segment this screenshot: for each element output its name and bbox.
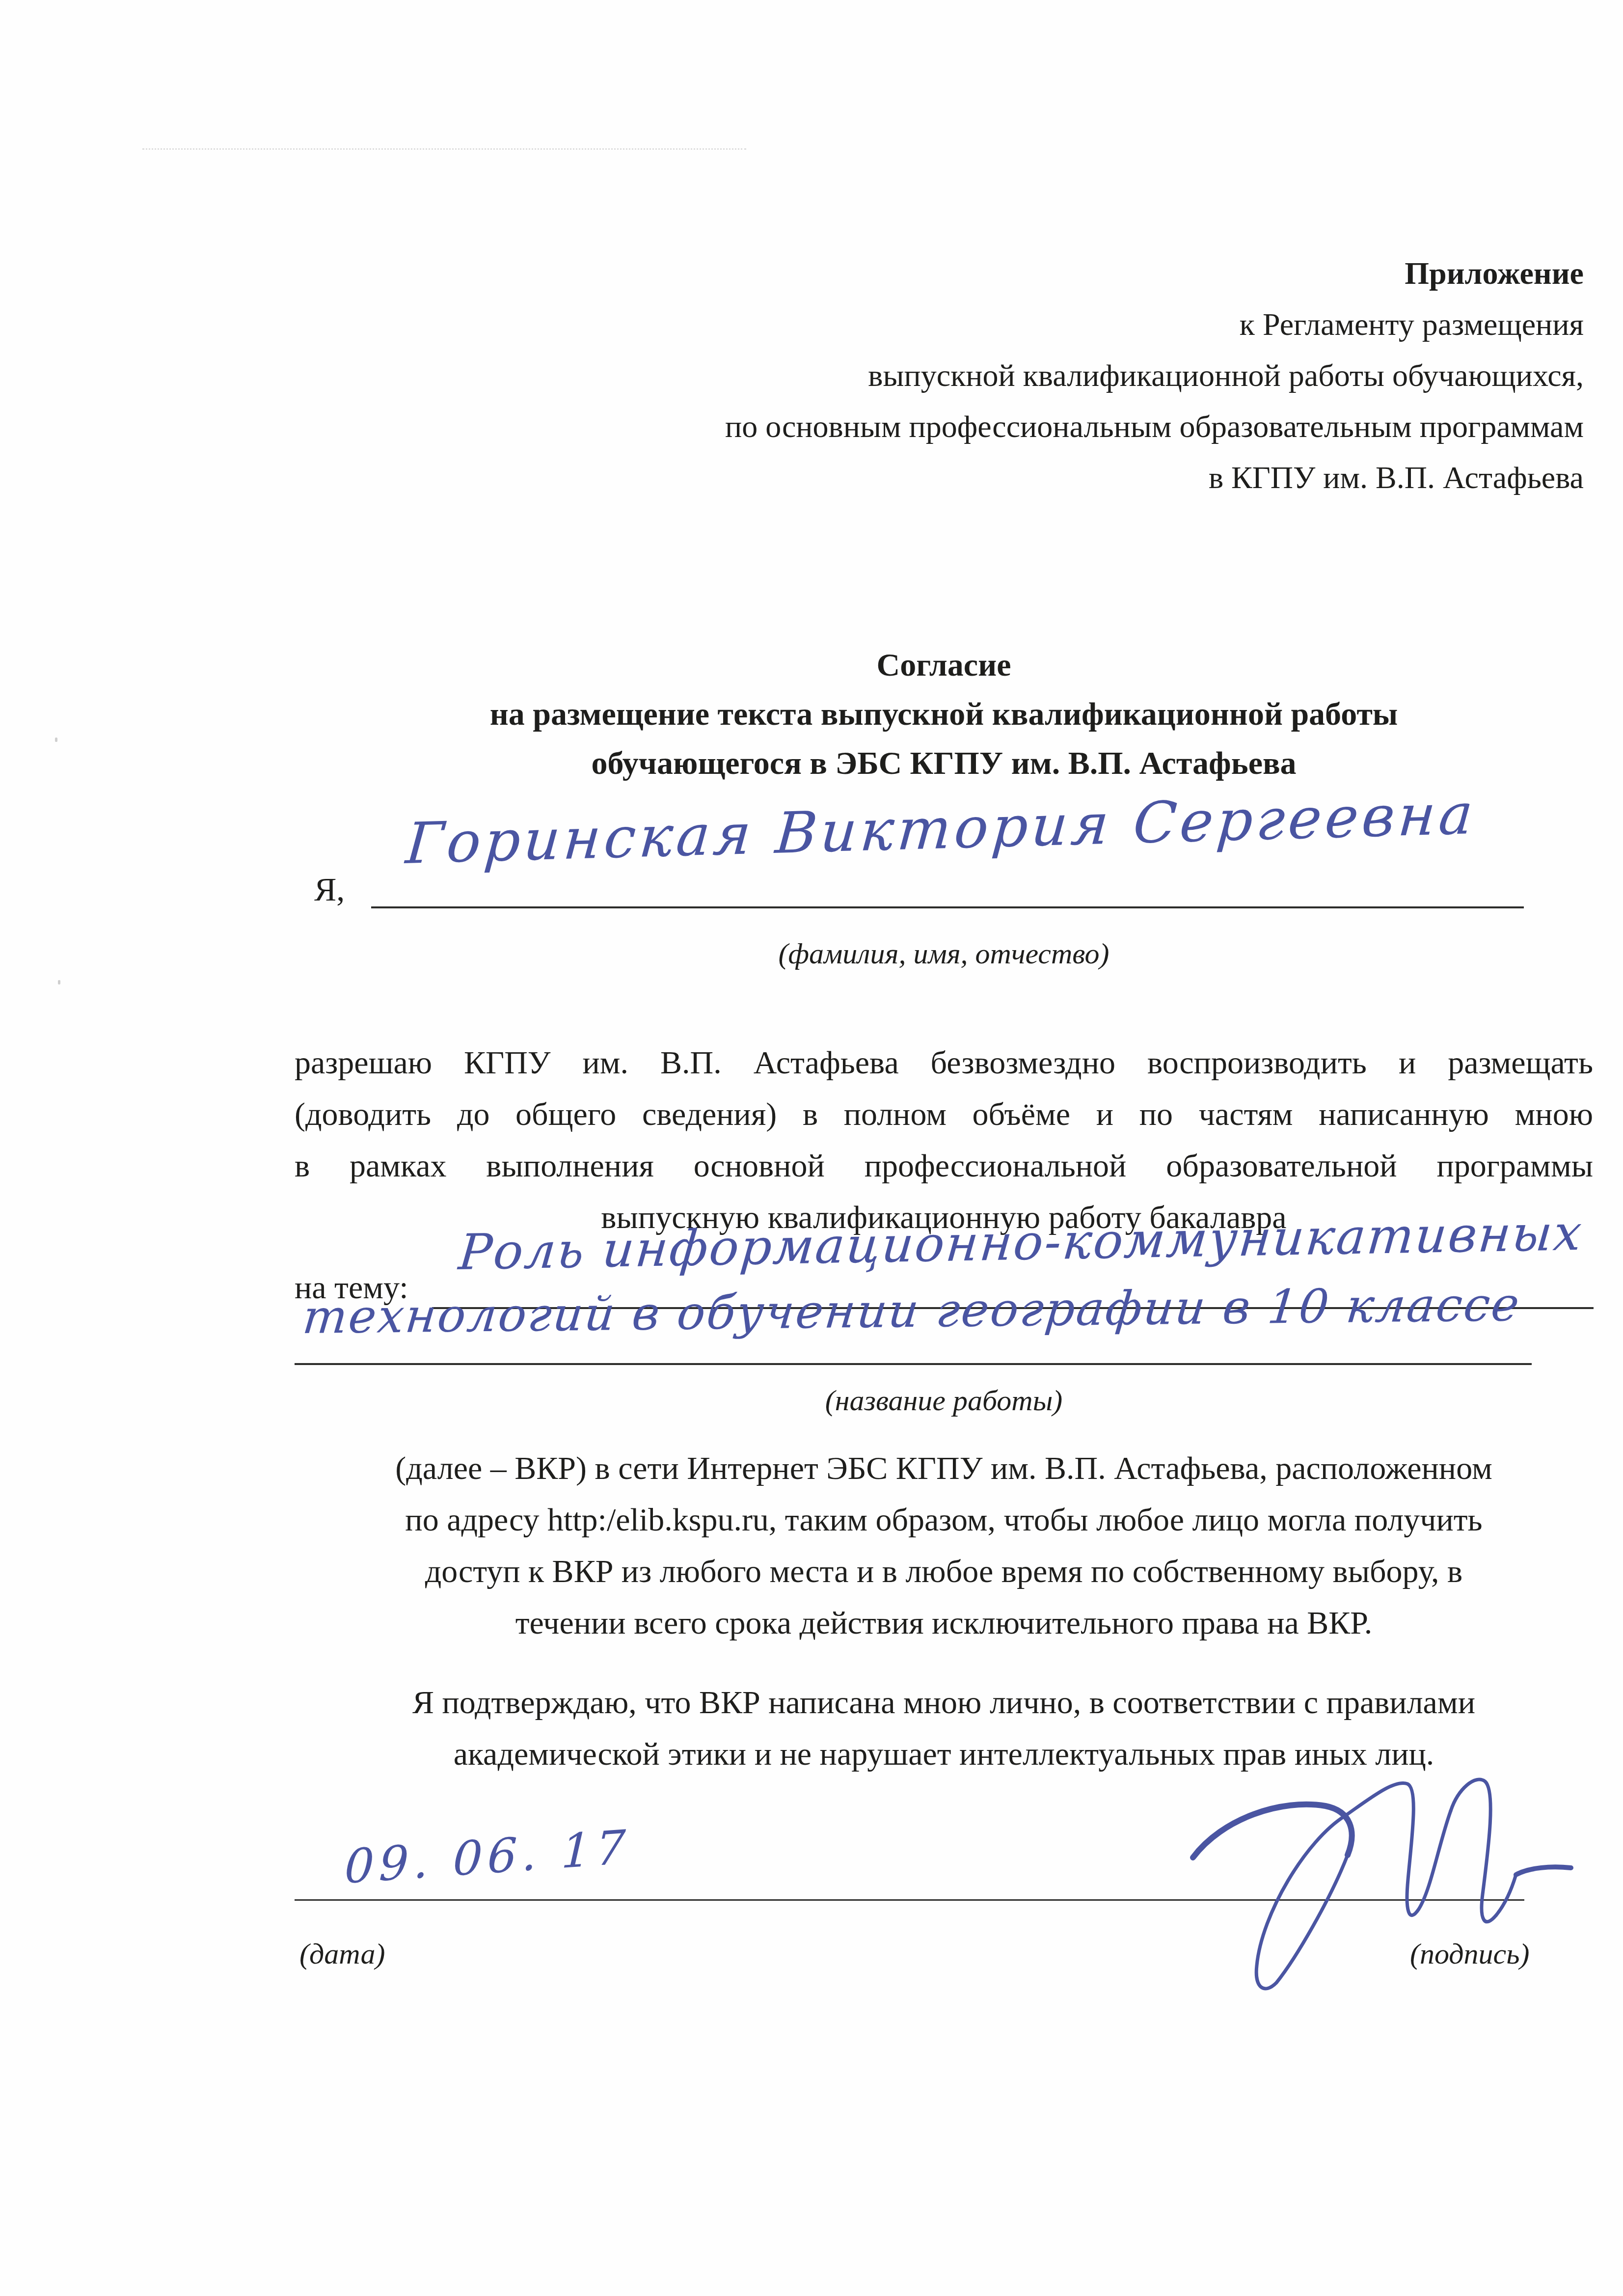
scanned-consent-page: Приложение к Регламенту размещения выпус…: [0, 0, 1623, 2296]
confirmation-paragraph: Я подтверждаю, что ВКР написана мною лич…: [295, 1677, 1593, 1780]
confirmation-line-1: Я подтверждаю, что ВКР написана мною лич…: [295, 1677, 1593, 1728]
permission-line-2: (доводить до общего сведения) в полном о…: [295, 1089, 1593, 1140]
header-line-programs: по основным профессиональным образовател…: [725, 401, 1584, 452]
date-caption: (дата): [299, 1937, 385, 1971]
topic-underline-2: [295, 1363, 1532, 1365]
handwritten-name: Горинская Виктория Сергеевна: [404, 781, 1479, 877]
work-title-caption: (название работы): [295, 1384, 1593, 1418]
title-line-2: на размещение текста выпускной квалифика…: [295, 690, 1593, 739]
permission-line-3: в рамках выполнения основной профессиона…: [295, 1140, 1593, 1192]
scan-speck: [55, 738, 57, 742]
title-line-3: обучающегося в ЭБС КГПУ им. В.П. Астафье…: [295, 739, 1593, 788]
document-title: Согласие на размещение текста выпускной …: [295, 641, 1593, 788]
placement-line-2: по адресу http:/elib.kspu.ru, таким обра…: [295, 1494, 1593, 1546]
placement-line-1: (далее – ВКР) в сети Интернет ЭБС КГПУ и…: [295, 1443, 1593, 1494]
placement-paragraph: (далее – ВКР) в сети Интернет ЭБС КГПУ и…: [295, 1443, 1593, 1649]
placement-line-3: доступ к ВКР из любого места и в любое в…: [295, 1546, 1593, 1597]
signature-caption: (подпись): [1410, 1937, 1529, 1971]
placement-line-4: течении всего срока действия исключитель…: [295, 1597, 1593, 1649]
header-line-appendix: Приложение: [725, 248, 1584, 299]
header-line-university: в КГПУ им. В.П. Астафьева: [725, 452, 1584, 503]
declarant-prefix: Я,: [314, 870, 345, 909]
appendix-header: Приложение к Регламенту размещения выпус…: [725, 248, 1584, 503]
handwritten-topic-line-2: технологий в обучении географии в 10 кла…: [300, 1278, 1523, 1344]
permission-line-1: разрешаю КГПУ им. В.П. Астафьева безвозм…: [295, 1037, 1593, 1089]
scan-artifact-dots: [142, 148, 746, 150]
header-line-regulation: к Регламенту размещения: [725, 299, 1584, 350]
header-line-work: выпускной квалификационной работы обучаю…: [725, 350, 1584, 401]
scan-speck: [58, 980, 60, 984]
fio-caption: (фамилия, имя, отчество): [295, 937, 1593, 971]
signature-strokes: [1163, 1772, 1596, 1997]
handwritten-date: 09. 06. 17: [344, 1820, 631, 1894]
name-underline: [371, 906, 1524, 908]
title-line-1: Согласие: [295, 641, 1593, 690]
signature: [1163, 1772, 1596, 1997]
